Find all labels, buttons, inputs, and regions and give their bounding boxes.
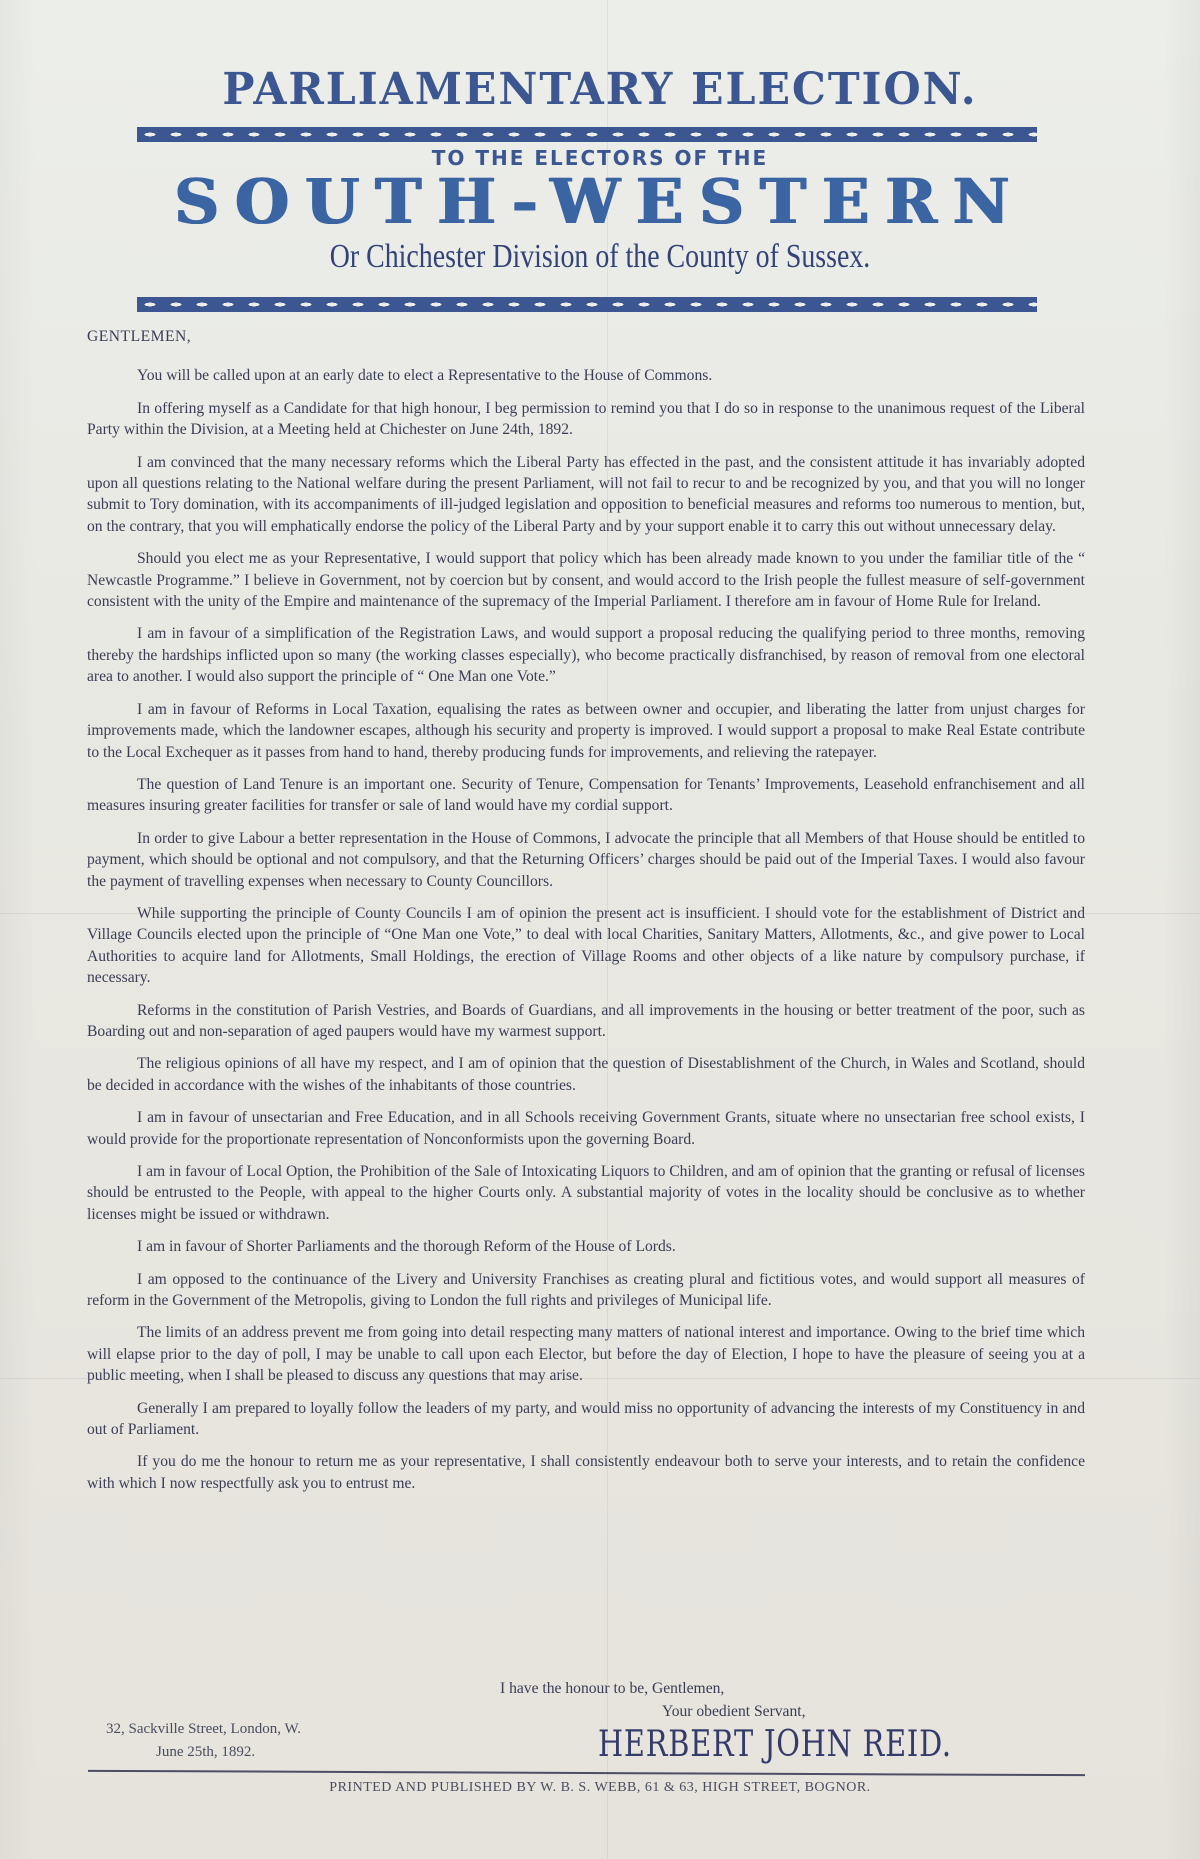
body-paragraph: While supporting the principle of County… xyxy=(87,903,1085,989)
body-paragraph: I am convinced that the many necessary r… xyxy=(87,452,1085,538)
body-paragraph: I am in favour of Reforms in Local Taxat… xyxy=(87,699,1085,763)
body-paragraph: The religious opinions of all have my re… xyxy=(87,1053,1085,1096)
salutation: GENTLEMEN, xyxy=(87,326,1085,347)
letter-date: June 25th, 1892. xyxy=(106,1741,301,1764)
body-paragraph: I am opposed to the continuance of the L… xyxy=(87,1269,1085,1312)
constituency-heading: SOUTH-WESTERN xyxy=(0,168,1200,236)
body-paragraph: The question of Land Tenure is an import… xyxy=(87,774,1085,817)
body-paragraph: I am in favour of unsectarian and Free E… xyxy=(87,1107,1085,1150)
body-paragraph: Reforms in the constitution of Parish Ve… xyxy=(87,1000,1085,1043)
closing-line: I have the honour to be, Gentlemen, xyxy=(500,1680,724,1698)
division-subtitle: Or Chichester Division of the County of … xyxy=(108,238,1092,276)
body-paragraph: I am in favour of a simplification of th… xyxy=(87,623,1085,687)
paragraph-list: You will be called upon at an early date… xyxy=(87,365,1085,1494)
body-paragraph: If you do me the honour to return me as … xyxy=(87,1451,1085,1494)
body-paragraph: I am in favour of Local Option, the Proh… xyxy=(87,1161,1085,1225)
decorative-rule xyxy=(137,297,1037,312)
sender-address-block: 32, Sackville Street, London, W. June 25… xyxy=(106,1718,301,1764)
body-paragraph: I am in favour of Shorter Parliaments an… xyxy=(87,1236,1085,1257)
address-body: GENTLEMEN, You will be called upon at an… xyxy=(87,326,1085,1505)
body-paragraph: Should you elect me as your Representati… xyxy=(87,548,1085,612)
body-paragraph: You will be called upon at an early date… xyxy=(87,365,1085,386)
decorative-rule xyxy=(137,127,1037,142)
sender-address: 32, Sackville Street, London, W. xyxy=(106,1718,301,1741)
printer-imprint: PRINTED AND PUBLISHED BY W. B. S. WEBB, … xyxy=(0,1780,1200,1796)
body-paragraph: Generally I am prepared to loyally follo… xyxy=(87,1398,1085,1441)
body-paragraph: In order to give Labour a better represe… xyxy=(87,828,1085,892)
body-paragraph: The limits of an address prevent me from… xyxy=(87,1322,1085,1386)
poster-title: PARLIAMENTARY ELECTION. xyxy=(18,64,1182,115)
candidate-signature: HERBERT JOHN REID. xyxy=(598,1724,952,1765)
body-paragraph: In offering myself as a Candidate for th… xyxy=(87,398,1085,441)
valediction: Your obedient Servant, xyxy=(662,1703,806,1721)
